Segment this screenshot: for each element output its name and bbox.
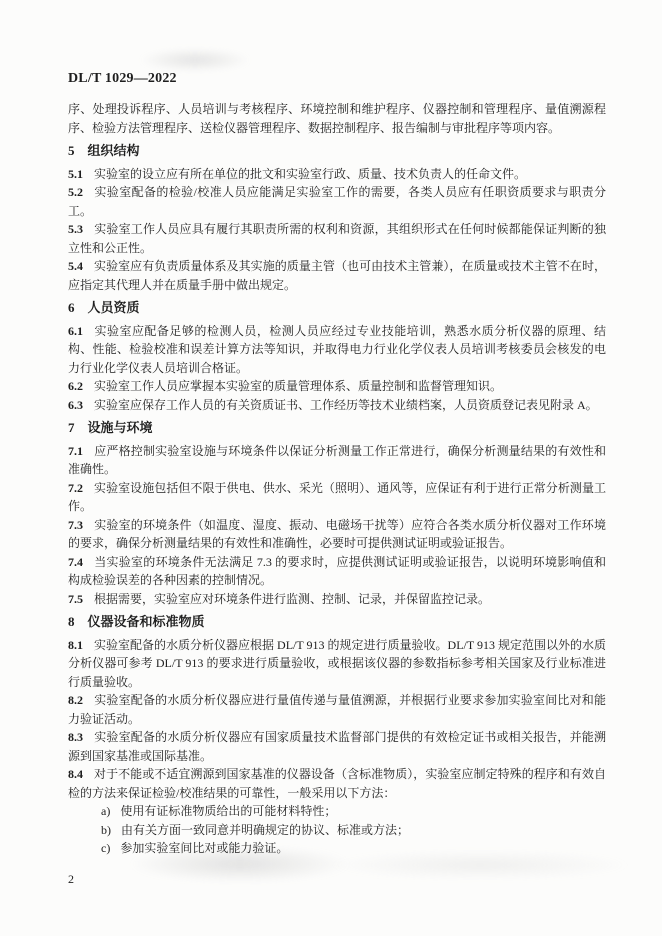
text: 应严格控制实验室设施与环境条件以保证分析测量工作正常进行，确保分析测量结果的有效… xyxy=(68,444,606,477)
list-item: a)使用有证标准物质给出的可能材料特性； xyxy=(68,802,606,821)
clause-number: 6.2 xyxy=(68,379,83,393)
clause-number: 5.3 xyxy=(68,222,83,236)
list-item: c)参加实验室间比对或能力验证。 xyxy=(68,839,606,858)
clause: 8.1实验室配备的水质分析仪器应根据 DL/T 913 的规定进行质量验收。DL… xyxy=(68,636,606,692)
text: 序、处理投诉程序、人员培训与考核程序、环境控制和维护程序、仪器控制和管理程序、量… xyxy=(68,102,606,135)
text: 实验室设施包括但不限于供电、供水、采光（照明）、通风等，应保证有利于进行正常分析… xyxy=(68,481,606,514)
text: 实验室配备的检验/校准人员应能满足实验室工作的需要，各类人员应有任职资质要求与职… xyxy=(68,185,606,218)
standard-code-header: DL/T 1029—2022 xyxy=(68,70,606,88)
list-item: b)由有关方面一致同意并明确规定的协议、标准或方法； xyxy=(68,821,606,840)
section-number: 6 xyxy=(68,300,75,315)
clause: 5.4实验室应有负责质量体系及其实施的质量主管（也可由技术主管兼），在质量或技术… xyxy=(68,257,606,294)
clause-number: 8.3 xyxy=(68,730,83,744)
text: 实验室应保存工作人员的有关资质证书、工作经历等技术业绩档案，人员资质登记表见附录… xyxy=(94,398,598,412)
scan-smudge xyxy=(140,48,250,72)
clause: 6.1实验室应配备足够的检测人员，检测人员应经过专业技能培训，熟悉水质分析仪器的… xyxy=(68,322,606,378)
section-number: 5 xyxy=(68,143,75,158)
clause: 5.1实验室的设立应有所在单位的批文和实验室行政、质量、技术负责人的任命文件。 xyxy=(68,165,606,184)
clause: 6.3实验室应保存工作人员的有关资质证书、工作经历等技术业绩档案，人员资质登记表… xyxy=(68,396,606,415)
clause-number: 6.1 xyxy=(68,324,83,338)
page-number: 2 xyxy=(68,870,606,888)
clause-number: 5.4 xyxy=(68,259,83,273)
document-body: 序、处理投诉程序、人员培训与考核程序、环境控制和维护程序、仪器控制和管理程序、量… xyxy=(68,100,606,858)
list-marker: a) xyxy=(101,804,110,818)
clause-number: 7.2 xyxy=(68,481,83,495)
text: 实验室工作人员应掌握本实验室的质量管理体系、质量控制和监督管理知识。 xyxy=(94,379,502,393)
clause: 7.3实验室的环境条件（如温度、湿度、振动、电磁场干扰等）应符合各类水质分析仪器… xyxy=(68,516,606,553)
clause: 8.2实验室配备的水质分析仪器应进行量值传递与量值溯源，并根据行业要求参加实验室… xyxy=(68,691,606,728)
text: 实验室应配备足够的检测人员，检测人员应经过专业技能培训，熟悉水质分析仪器的原理、… xyxy=(68,324,606,375)
clause-number: 7.5 xyxy=(68,592,83,606)
clause-number: 5.2 xyxy=(68,185,83,199)
section-title: 仪器设备和标准物质 xyxy=(88,614,205,629)
clause: 7.4当实验室的环境条件无法满足 7.3 的要求时，应提供测试证明或验证报告，以… xyxy=(68,553,606,590)
section-number: 7 xyxy=(68,420,75,435)
clause-number: 7.3 xyxy=(68,518,83,532)
scanned-document-page: DL/T 1029—2022 序、处理投诉程序、人员培训与考核程序、环境控制和维… xyxy=(0,0,662,936)
list-marker: b) xyxy=(101,823,111,837)
text: 实验室工作人员应具有履行其职责所需的权利和资源，其组织形式在任何时候都能保证判断… xyxy=(68,222,606,255)
text: 使用有证标准物质给出的可能材料特性； xyxy=(120,804,336,818)
section-title: 组织结构 xyxy=(88,143,140,158)
clause: 5.2实验室配备的检验/校准人员应能满足实验室工作的需要，各类人员应有任职资质要… xyxy=(68,183,606,220)
text: 实验室的设立应有所在单位的批文和实验室行政、质量、技术负责人的任命文件。 xyxy=(94,167,526,181)
section-number: 8 xyxy=(68,614,75,629)
clause-number: 8.4 xyxy=(68,767,83,781)
text: 由有关方面一致同意并明确规定的协议、标准或方法； xyxy=(121,823,409,837)
clause: 6.2实验室工作人员应掌握本实验室的质量管理体系、质量控制和监督管理知识。 xyxy=(68,377,606,396)
clause: 7.2实验室设施包括但不限于供电、供水、采光（照明）、通风等，应保证有利于进行正… xyxy=(68,479,606,516)
text: 实验室应有负责质量体系及其实施的质量主管（也可由技术主管兼），在质量或技术主管不… xyxy=(68,259,606,292)
clause: 7.1应严格控制实验室设施与环境条件以保证分析测量工作正常进行，确保分析测量结果… xyxy=(68,442,606,479)
text: 当实验室的环境条件无法满足 7.3 的要求时，应提供测试证明或验证报告，以说明环… xyxy=(68,555,606,588)
clause-number: 7.4 xyxy=(68,555,83,569)
clause: 8.3实验室配备的水质分析仪器应有国家质量技术监督部门提供的有效检定证书或相关报… xyxy=(68,728,606,765)
clause: 5.3实验室工作人员应具有履行其职责所需的权利和资源，其组织形式在任何时候都能保… xyxy=(68,220,606,257)
text: 实验室配备的水质分析仪器应有国家质量技术监督部门提供的有效检定证书或相关报告，并… xyxy=(68,730,606,763)
section-heading: 8仪器设备和标准物质 xyxy=(68,613,606,632)
text: 参加实验室间比对或能力验证。 xyxy=(120,841,288,855)
paragraph: 序、处理投诉程序、人员培训与考核程序、环境控制和维护程序、仪器控制和管理程序、量… xyxy=(68,100,606,137)
list-marker: c) xyxy=(101,841,110,855)
section-heading: 7设施与环境 xyxy=(68,419,606,438)
section-heading: 5组织结构 xyxy=(68,142,606,161)
section-heading: 6人员资质 xyxy=(68,299,606,318)
section-title: 设施与环境 xyxy=(88,420,153,435)
clause-number: 6.3 xyxy=(68,398,83,412)
text: 实验室的环境条件（如温度、湿度、振动、电磁场干扰等）应符合各类水质分析仪器对工作… xyxy=(68,518,606,551)
clause-number: 7.1 xyxy=(68,444,83,458)
clause-number: 8.2 xyxy=(68,693,83,707)
clause: 7.5根据需要，实验室应对环境条件进行监测、控制、记录，并保留监控记录。 xyxy=(68,590,606,609)
clause-number: 8.1 xyxy=(68,638,83,652)
text: 根据需要，实验室应对环境条件进行监测、控制、记录，并保留监控记录。 xyxy=(94,592,490,606)
text: 对于不能或不适宜溯源到国家基准的仪器设备（含标准物质），实验室应制定特殊的程序和… xyxy=(68,767,606,800)
section-title: 人员资质 xyxy=(88,300,140,315)
clause: 8.4对于不能或不适宜溯源到国家基准的仪器设备（含标准物质），实验室应制定特殊的… xyxy=(68,765,606,802)
clause-number: 5.1 xyxy=(68,167,83,181)
text: 实验室配备的水质分析仪器应根据 DL/T 913 的规定进行质量验收。DL/T … xyxy=(68,638,606,689)
document-content: DL/T 1029—2022 序、处理投诉程序、人员培训与考核程序、环境控制和维… xyxy=(68,70,606,888)
text: 实验室配备的水质分析仪器应进行量值传递与量值溯源，并根据行业要求参加实验室间比对… xyxy=(68,693,606,726)
